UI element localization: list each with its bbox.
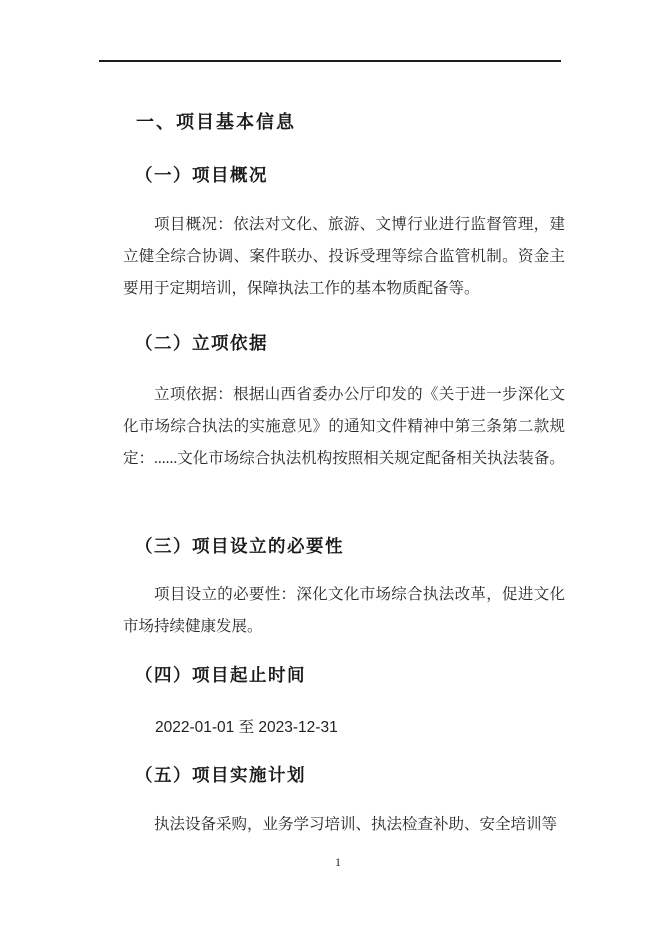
header-rule	[99, 60, 561, 62]
page-number: 1	[335, 854, 341, 870]
paragraph-necessity: 项目设立的必要性：深化文化市场综合执法改革，促进文化市场持续健康发展。	[123, 579, 565, 643]
subsection-heading-time-range: （四）项目起止时间	[135, 662, 306, 688]
subsection-heading-necessity: （三）项目设立的必要性	[135, 533, 344, 559]
paragraph-implementation-plan: 执法设备采购，业务学习培训、执法检查补助、安全培训等	[123, 809, 565, 841]
paragraph-project-overview: 项目概况：依法对文化、旅游、文博行业进行监督管理，建立健全综合协调、案件联办、投…	[123, 209, 565, 305]
subsection-heading-overview: （一）项目概况	[135, 162, 268, 188]
project-date-range: 2022-01-01 至 2023-12-31	[155, 715, 338, 741]
document-page: 一、项目基本信息 （一）项目概况 项目概况：依法对文化、旅游、文博行业进行监督管…	[0, 0, 662, 936]
paragraph-approval-basis: 立项依据：根据山西省委办公厅印发的《关于进一步深化文化市场综合执法的实施意见》的…	[123, 379, 565, 475]
subsection-heading-implementation-plan: （五）项目实施计划	[135, 762, 306, 788]
section-heading-basic-info: 一、项目基本信息	[136, 109, 296, 135]
subsection-heading-approval-basis: （二）立项依据	[135, 330, 268, 356]
